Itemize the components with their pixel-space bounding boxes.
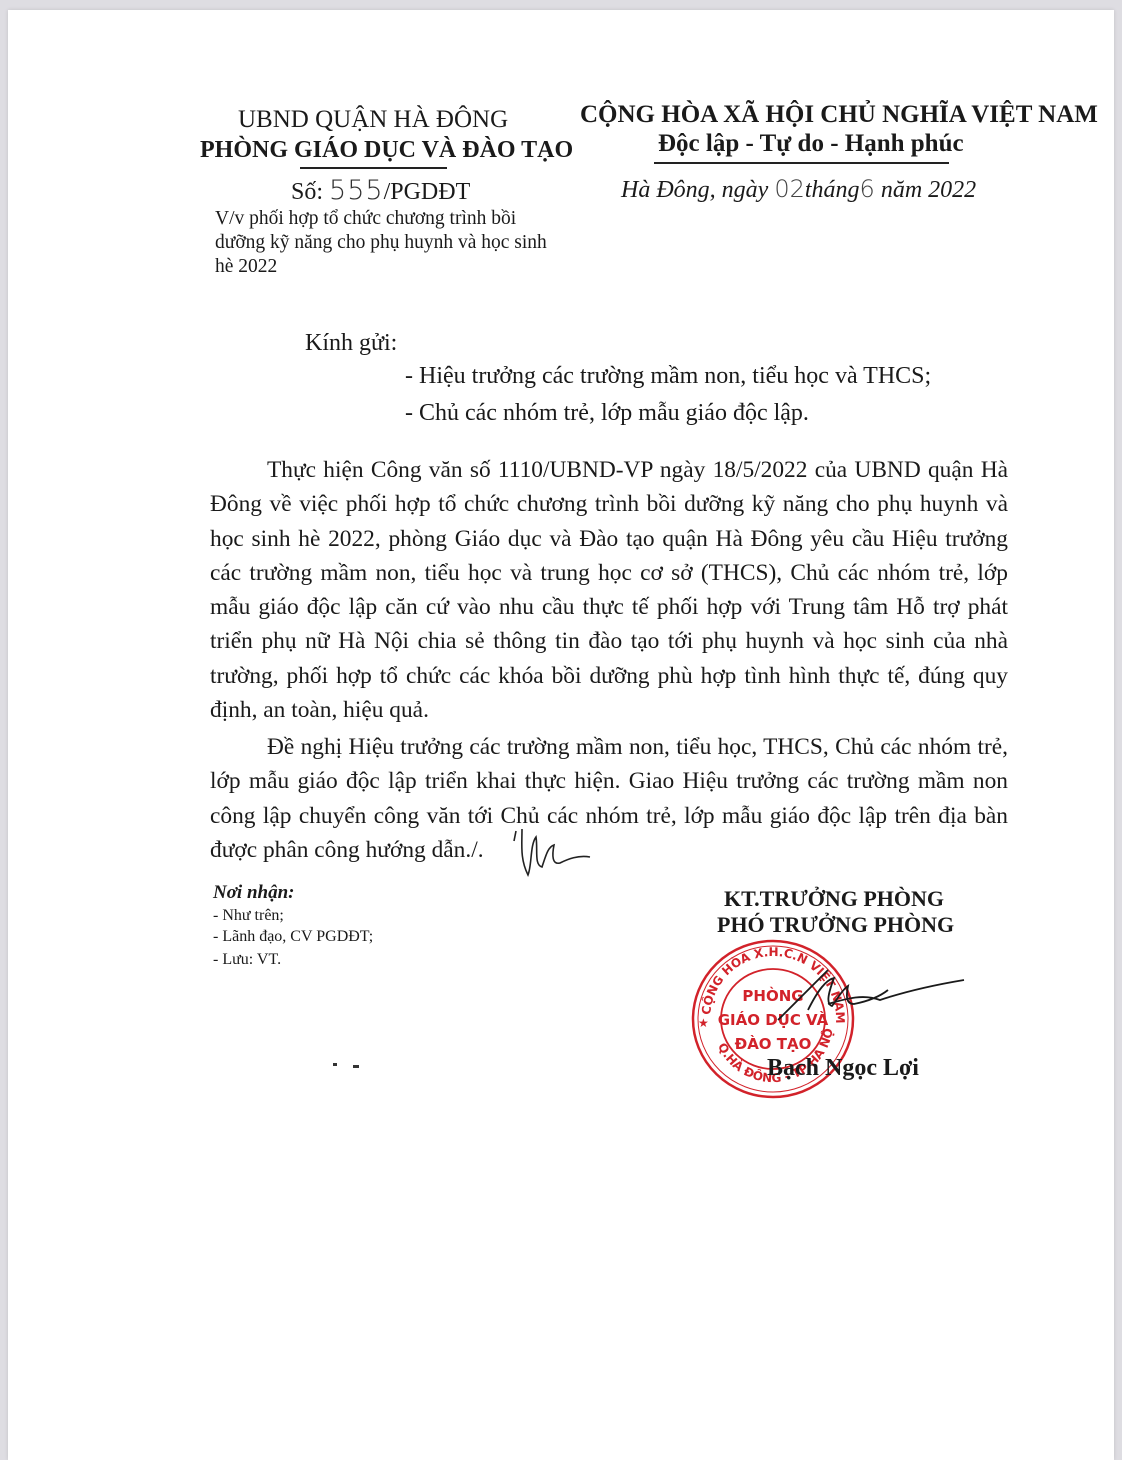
national-title: CỘNG HÒA XÃ HỘI CHỦ NGHĨA VIỆT NAM: [580, 101, 1098, 129]
motto-underline: [654, 162, 949, 164]
number-label: Số:: [291, 179, 329, 205]
national-motto: Độc lập - Tự do - Hạnh phúc: [658, 130, 964, 158]
date-month-label: tháng: [805, 177, 860, 203]
signature-title-line1: KT.TRƯỞNG PHÒNG: [724, 886, 944, 912]
department-underline: [300, 167, 447, 169]
signer-name: Bạch Ngọc Lợi: [767, 1055, 919, 1082]
body-paragraph: Đề nghị Hiệu trưởng các trường mầm non, …: [210, 730, 1008, 867]
issuing-authority: UBND QUẬN HÀ ĐÔNG: [238, 106, 498, 134]
date-day: 02: [774, 175, 805, 203]
svg-text:ĐÀO TẠO: ĐÀO TẠO: [735, 1034, 812, 1053]
recipient-line: - Chủ các nhóm trẻ, lớp mẫu giáo độc lập…: [405, 400, 809, 427]
distribution-item: - Lãnh đạo, CV PGDĐT;: [213, 928, 373, 946]
date-prefix: Hà Đông, ngày: [621, 177, 774, 203]
svg-text:★: ★: [698, 1016, 709, 1030]
distribution-title: Nơi nhận:: [213, 882, 294, 904]
distribution-item: - Lưu: VT.: [213, 951, 281, 969]
stray-marks: [333, 1063, 363, 1069]
number-suffix: /PGDĐT: [384, 179, 471, 205]
handwritten-number: 555: [329, 175, 384, 206]
issuing-department: PHÒNG GIÁO DỤC VÀ ĐÀO TẠO: [200, 137, 573, 164]
document-date: Hà Đông, ngày 02tháng6 năm 2022: [621, 175, 976, 204]
distribution-item: - Như trên;: [213, 907, 284, 925]
date-year: năm 2022: [875, 177, 976, 203]
salutation: Kính gửi:: [305, 330, 397, 357]
document-page: UBND QUẬN HÀ ĐÔNG PHÒNG GIÁO DỤC VÀ ĐÀO …: [8, 10, 1114, 1460]
date-month: 6: [860, 175, 875, 203]
signature-mark: [768, 950, 968, 1030]
initials-mark: [508, 825, 598, 885]
recipient-line: - Hiệu trưởng các trường mầm non, tiểu h…: [405, 363, 931, 390]
document-number: Số: 555/PGDĐT: [291, 175, 470, 206]
body-paragraph: Thực hiện Công văn số 1110/UBND-VP ngày …: [210, 453, 1008, 727]
document-subject: V/v phối hợp tổ chức chương trình bồi dư…: [215, 207, 555, 279]
